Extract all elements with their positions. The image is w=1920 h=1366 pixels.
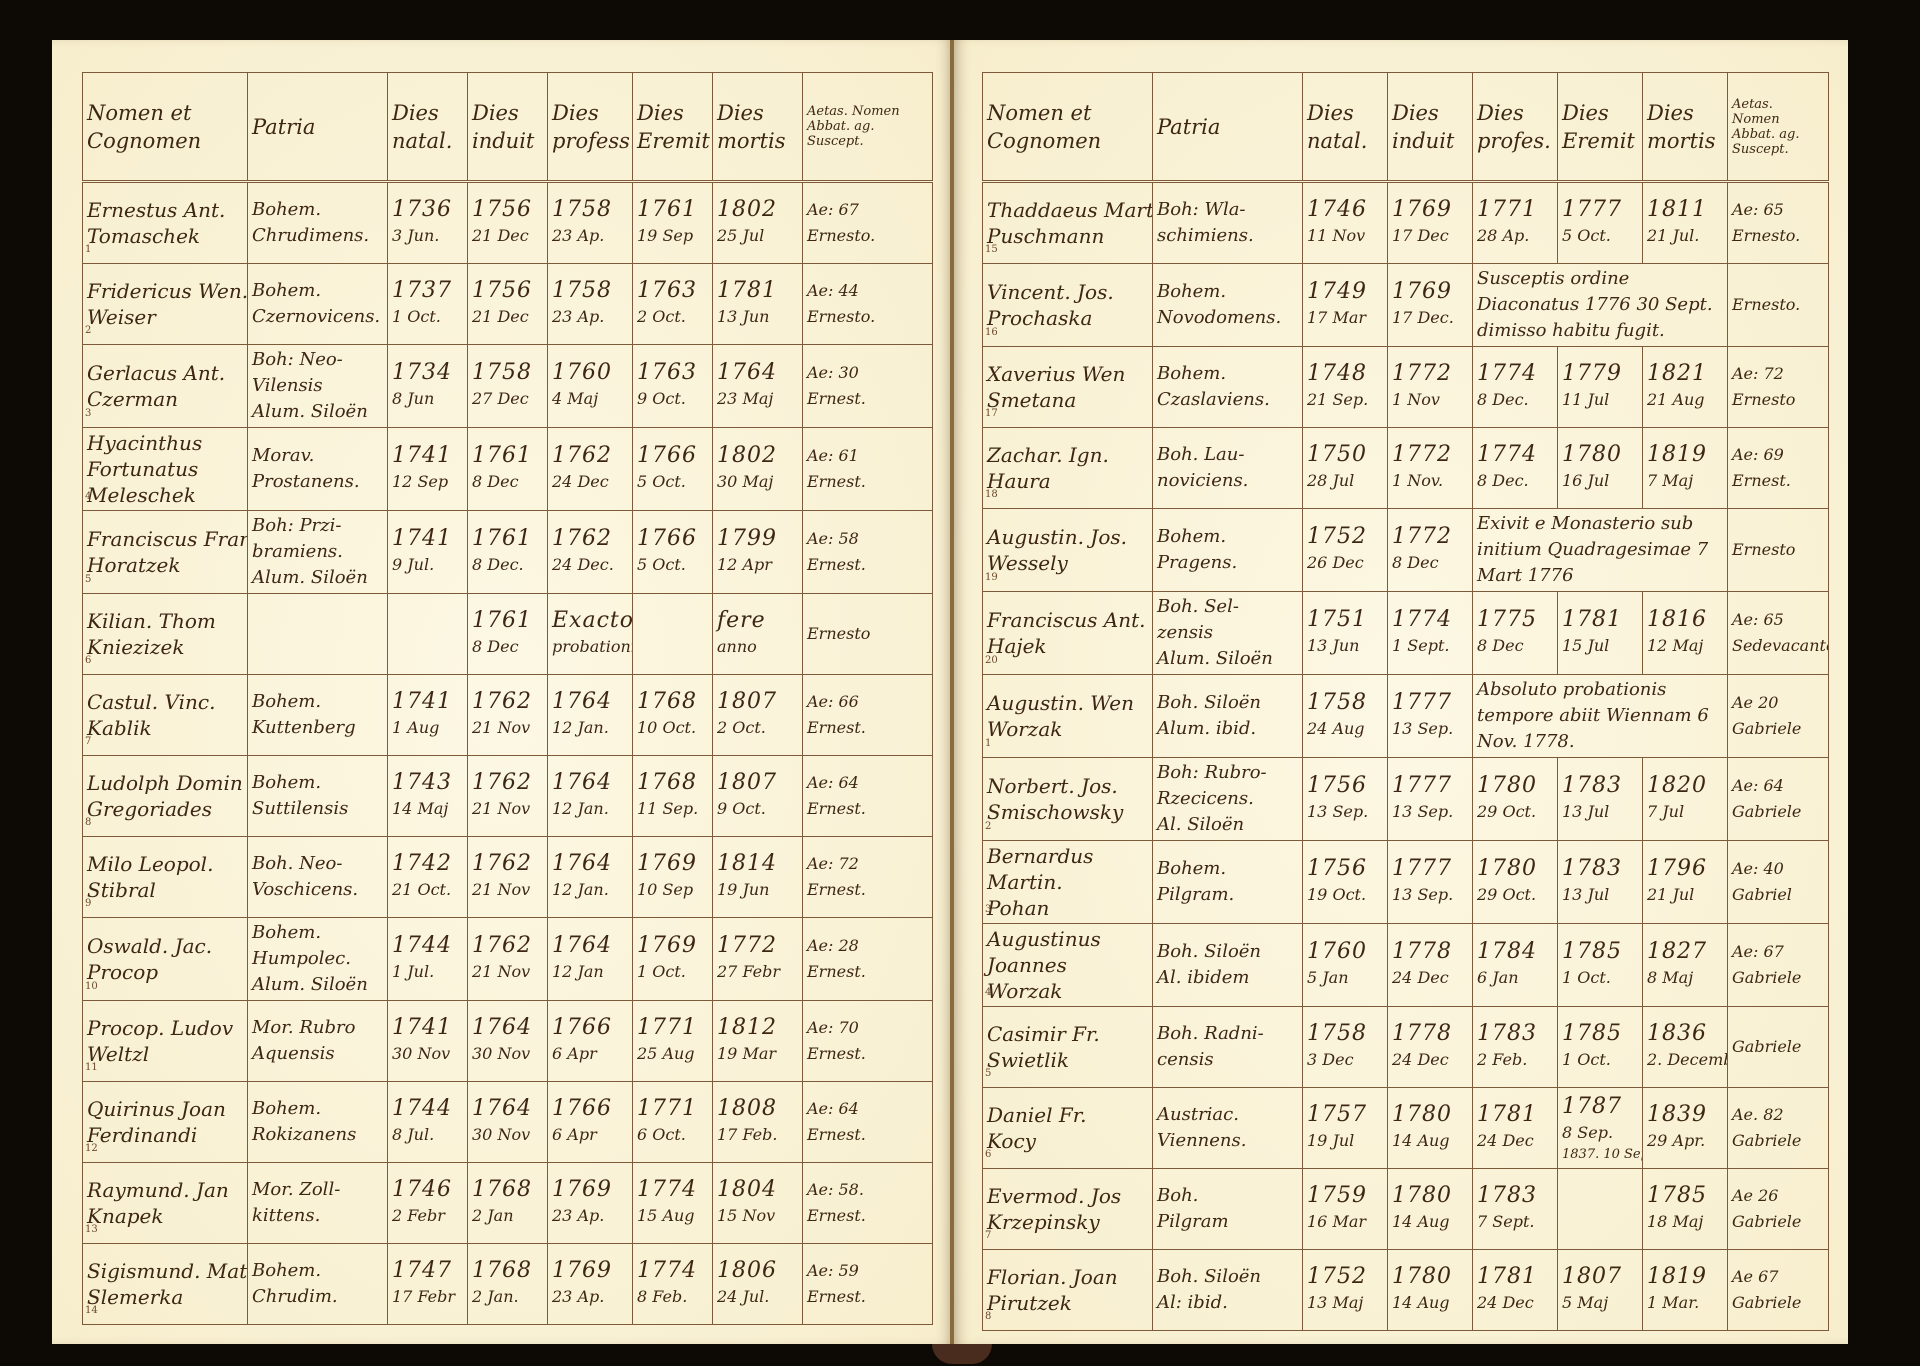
patria-line-1: Morav. xyxy=(252,443,383,469)
eremit-year: 1807 xyxy=(1562,1264,1638,1290)
eremit-date: 13 Jul xyxy=(1562,882,1638,908)
open-register-book: Nomen et Cognomen Patria Dies natal. Die… xyxy=(52,40,1848,1344)
induit-date: 2 Jan xyxy=(472,1203,543,1229)
eremit-cell: 18075 Maj xyxy=(1558,1250,1643,1331)
patria-cell: Bohem. Rokizanens xyxy=(248,1082,388,1163)
patria-line-1: Boh. Lau- xyxy=(1157,442,1298,468)
patria-line-2: censis xyxy=(1157,1047,1298,1073)
eremit-cell: 17691 Oct. xyxy=(633,918,713,1001)
eremit-cell: 176910 Sep xyxy=(633,837,713,918)
eremit-cell: 17716 Oct. xyxy=(633,1082,713,1163)
induit-cell: 17728 Dec xyxy=(1388,509,1473,592)
natal-date: 24 Aug xyxy=(1307,716,1383,742)
mortis-cell: 176423 Maj xyxy=(713,345,803,428)
profess-year: 1762 xyxy=(552,443,628,469)
surname: Horatzek xyxy=(87,552,243,578)
patria-line-1: Bohem. xyxy=(1157,279,1298,305)
aetas-cell: Ae: 28Ernest. xyxy=(803,918,933,1001)
induit-year: 1758 xyxy=(472,360,543,386)
abbot-name: Gabriele xyxy=(1732,1209,1824,1235)
induit-cell: 177713 Sep. xyxy=(1388,758,1473,841)
name-cell: Ernestus Ant. Tomaschek 1 xyxy=(83,182,248,264)
induit-cell: 17741 Sept. xyxy=(1388,592,1473,675)
natal-date: 3 Dec xyxy=(1307,1047,1383,1073)
induit-date: 1 Nov xyxy=(1392,387,1468,413)
header-mortis: Dies mortis xyxy=(713,73,803,182)
induit-year: 1762 xyxy=(472,770,543,796)
natal-date: 17 Febr xyxy=(392,1284,463,1310)
patria-cell: Boh. Siloën Al: ibid. xyxy=(1153,1250,1303,1331)
table-row: Vincent. Jos. Prochaska 16 Bohem. Novodo… xyxy=(983,264,1829,347)
patria-cell: Bohem. Humpolec. Alum. Siloën xyxy=(248,918,388,1001)
induit-year: 1769 xyxy=(1392,197,1468,223)
given-name: Zachar. Ign. xyxy=(987,442,1148,468)
given-name: Daniel Fr. xyxy=(987,1102,1148,1128)
eremit-year: 1771 xyxy=(637,1096,708,1122)
patria-cell: Boh. Neo- Voschicens. xyxy=(248,837,388,918)
eremit-date: 19 Sep xyxy=(637,223,708,249)
mortis-cell: 180624 Jul. xyxy=(713,1244,803,1325)
given-name: Norbert. Jos. xyxy=(987,773,1148,799)
mortis-cell: 179621 Jul xyxy=(1643,841,1728,924)
natal-year: 1757 xyxy=(1307,1102,1383,1128)
given-name: Hyacinthus xyxy=(87,430,243,456)
natal-cell: 17419 Jul. xyxy=(388,511,468,594)
natal-year: 1741 xyxy=(392,443,463,469)
surname: Puschmann xyxy=(987,223,1148,249)
table-row: Thaddaeus Mart Puschmann 15 Boh: Wla- sc… xyxy=(983,182,1829,264)
eremit-cell: 178313 Jul xyxy=(1558,841,1643,924)
annotation-note: Absoluto probationis tempore abiit Wienn… xyxy=(1473,675,1728,758)
table-row: Augustinus Joannes Worzak 4 Boh. Siloën … xyxy=(983,924,1829,1007)
mortis-year: 1812 xyxy=(717,1015,798,1041)
natal-year: 1746 xyxy=(1307,197,1383,223)
mortis-cell: 18278 Maj xyxy=(1643,924,1728,1007)
induit-cell: 175621 Dec xyxy=(468,182,548,264)
induit-year: 1761 xyxy=(472,443,543,469)
induit-year: 1764 xyxy=(472,1096,543,1122)
given-name: Milo Leopol. xyxy=(87,851,243,877)
name-cell: Augustinus Joannes Worzak 4 xyxy=(983,924,1153,1007)
profess-date: 28 Ap. xyxy=(1477,223,1553,249)
natal-year: 1747 xyxy=(392,1258,463,1284)
name-cell: Daniel Fr. Kocy 6 xyxy=(983,1088,1153,1169)
mortis-cell: 18191 Mar. xyxy=(1643,1250,1728,1331)
row-number: 8 xyxy=(985,1304,991,1330)
given-name: Raymund. Jan xyxy=(87,1177,243,1203)
header-induit: Dies induit xyxy=(468,73,548,182)
profess-date: 6 Jan xyxy=(1477,965,1553,991)
natal-date: 13 Jun xyxy=(1307,633,1383,659)
table-row: Augustin. Wen Worzak 1 Boh. Siloën Alum.… xyxy=(983,675,1829,758)
natal-date: 8 Jul. xyxy=(392,1122,463,1148)
header-aetas: Aetas. Nomen Abbat. ag. Suscept. xyxy=(803,73,933,182)
patria-line-2: Voschicens. xyxy=(252,877,383,903)
patria-cell xyxy=(248,594,388,675)
profess-year: 1764 xyxy=(552,851,628,877)
aetas-cell: Ernesto xyxy=(803,594,933,675)
abbot-name: Ernesto. xyxy=(1732,223,1824,249)
eremit-year: 1768 xyxy=(637,770,708,796)
induit-date: 8 Dec xyxy=(1392,550,1468,576)
natal-date: 19 Jul xyxy=(1307,1128,1383,1154)
profess-cell: 178029 Oct. xyxy=(1473,841,1558,924)
patria-line-2: Alum. ibid. xyxy=(1157,716,1298,742)
patria-line-1: Boh. xyxy=(1157,1183,1298,1209)
row-number: 20 xyxy=(985,648,998,674)
natal-cell: 174717 Febr xyxy=(388,1244,468,1325)
table-row: Ludolph Domin Gregoriades 8 Bohem. Sutti… xyxy=(83,756,933,837)
surname: Ferdinandi xyxy=(87,1122,243,1148)
profess-date: 12 Jan. xyxy=(552,877,628,903)
profess-cell: Exacto medioprobationis dimissus. xyxy=(548,594,633,675)
name-cell: Evermod. Jos Krzepinsky 7 xyxy=(983,1169,1153,1250)
name-cell: Florian. Joan Pirutzek 8 xyxy=(983,1250,1153,1331)
row-number: 17 xyxy=(985,401,998,427)
patria-cell: Bohem. Pragens. xyxy=(1153,509,1303,592)
natal-cell: 174112 Sep xyxy=(388,428,468,511)
induit-cell: 175827 Dec xyxy=(468,345,548,428)
given-name: Casimir Fr. xyxy=(987,1021,1148,1047)
table-row: Quirinus Joan Ferdinandi 12 Bohem. Rokiz… xyxy=(83,1082,933,1163)
table-row: Evermod. Jos Krzepinsky 7 Boh. Pilgram 1… xyxy=(983,1169,1829,1250)
natal-cell: 17363 Jun. xyxy=(388,182,468,264)
abbot-name: Ernest. xyxy=(807,386,928,412)
induit-cell: 17618 Dec. xyxy=(468,511,548,594)
induit-cell: 176917 Dec. xyxy=(1388,264,1473,347)
age-at-death: Ae. 82 xyxy=(1732,1102,1824,1128)
induit-cell: 177713 Sep. xyxy=(1388,841,1473,924)
row-number: 3 xyxy=(985,897,991,923)
natal-cell: 17348 Jun xyxy=(388,345,468,428)
name-cell: Milo Leopol. Stibral 9 xyxy=(83,837,248,918)
profess-year: 1758 xyxy=(552,278,628,304)
eremit-cell: 178016 Jul xyxy=(1558,428,1643,509)
eremit-cell: 177911 Jul xyxy=(1558,347,1643,428)
profess-cell: 17604 Maj xyxy=(548,345,633,428)
given-name: Procop. Ludov xyxy=(87,1015,243,1041)
patria-line-2: Viennens. xyxy=(1157,1128,1298,1154)
abbot-name: Ernest. xyxy=(807,715,928,741)
patria-line-2: Kuttenberg xyxy=(252,715,383,741)
patria-line-2: Prostanens. xyxy=(252,469,383,495)
surname: Smischowsky xyxy=(987,799,1148,825)
row-number: 2 xyxy=(85,318,91,344)
row-number: 12 xyxy=(85,1136,98,1162)
patria-line-1: Bohem. xyxy=(1157,856,1298,882)
age-at-death: Ae: 64 xyxy=(807,770,928,796)
header-row: Nomen et Cognomen Patria Dies natal. Die… xyxy=(83,73,933,182)
patria-line-1: Bohem. xyxy=(252,920,383,946)
mortis-date: 21 Jul. xyxy=(1647,223,1723,249)
natal-year: 1734 xyxy=(392,360,463,386)
profess-date: 23 Ap. xyxy=(552,223,628,249)
profess-cell: 176224 Dec. xyxy=(548,511,633,594)
induit-cell: 17682 Jan. xyxy=(468,1244,548,1325)
name-extra: Meleschek xyxy=(87,482,243,508)
mortis-year: 1811 xyxy=(1647,197,1723,223)
age-at-death: Ae 67 xyxy=(1732,1264,1824,1290)
profess-cell: 176412 Jan xyxy=(548,918,633,1001)
header-profess: Dies profess. xyxy=(548,73,633,182)
natal-cell: 174611 Nov xyxy=(1303,182,1388,264)
eremit-year: 1785 xyxy=(1562,1021,1638,1047)
eremit-year: 1774 xyxy=(637,1258,708,1284)
eremit-date: 13 Jul xyxy=(1562,799,1638,825)
given-name: Augustin. Wen xyxy=(987,690,1148,716)
eremit-year: 1769 xyxy=(637,851,708,877)
mortis-date: 21 Jul xyxy=(1647,882,1723,908)
induit-cell: 177824 Dec xyxy=(1388,1007,1473,1088)
induit-date: 24 Dec xyxy=(1392,1047,1468,1073)
patria-line-2: Al: ibid. xyxy=(1157,1290,1298,1316)
name-cell: Bernardus Martin. Pohan 3 xyxy=(983,841,1153,924)
eremit-date: 15 Aug xyxy=(637,1203,708,1229)
natal-cell: 17411 Aug xyxy=(388,675,468,756)
induit-date: 21 Nov xyxy=(472,959,543,985)
patria-line-2: Pragens. xyxy=(1157,550,1298,576)
profess-cell: 175823 Ap. xyxy=(548,182,633,264)
natal-year: 1752 xyxy=(1307,524,1383,550)
aetas-cell: Ernesto xyxy=(1728,509,1829,592)
induit-cell: 176430 Nov xyxy=(468,1082,548,1163)
aetas-cell: Ae: 59Ernest. xyxy=(803,1244,933,1325)
aetas-cell: Ernesto. xyxy=(1728,264,1829,347)
induit-year: 1780 xyxy=(1392,1264,1468,1290)
patria-cell: Mor. Rubro Aquensis xyxy=(248,1001,388,1082)
profess-cell: 178124 Dec xyxy=(1473,1088,1558,1169)
eremit-cell xyxy=(1558,1169,1643,1250)
eremit-date: 16 Jul xyxy=(1562,468,1638,494)
aetas-cell: Ae: 67Gabriele xyxy=(1728,924,1829,1007)
profess-year: 1775 xyxy=(1477,607,1553,633)
age-at-death: Ae: 58 xyxy=(807,526,928,552)
profess-cell: 176923 Ap. xyxy=(548,1244,633,1325)
induit-date: 13 Sep. xyxy=(1392,882,1468,908)
header-patria: Patria xyxy=(248,73,388,182)
patria-line-1: Bohem. xyxy=(252,1096,383,1122)
header-nomen: Nomen et Cognomen xyxy=(983,73,1153,182)
mortis-date: 7 Jul xyxy=(1647,799,1723,825)
table-row: Franciscus Franc. Horatzek 5 Boh: Przi- … xyxy=(83,511,933,594)
induit-cell: 176221 Nov xyxy=(468,675,548,756)
induit-date: 30 Nov xyxy=(472,1041,543,1067)
header-nomen: Nomen et Cognomen xyxy=(83,73,248,182)
given-name: Oswald. Jac. xyxy=(87,933,243,959)
natal-date: 12 Sep xyxy=(392,469,463,495)
profess-cell: 176923 Ap. xyxy=(548,1163,633,1244)
abbot-name: Ernesto. xyxy=(807,223,928,249)
age-at-death: Ae: 64 xyxy=(1732,773,1824,799)
natal-year: 1749 xyxy=(1307,279,1383,305)
mortis-year: 1816 xyxy=(1647,607,1723,633)
eremit-year: 1766 xyxy=(637,526,708,552)
aetas-cell: Ae: 64Ernest. xyxy=(803,756,933,837)
mortis-year: 1796 xyxy=(1647,856,1723,882)
mortis-date: 19 Jun xyxy=(717,877,798,903)
profess-cell: 177128 Ap. xyxy=(1473,182,1558,264)
mortis-date: anno xyxy=(717,634,798,660)
natal-cell: 175613 Sep. xyxy=(1303,758,1388,841)
profess-year: 1760 xyxy=(552,360,628,386)
natal-cell: 17462 Febr xyxy=(388,1163,468,1244)
profess-date: 29 Oct. xyxy=(1477,882,1553,908)
given-name: Augustin. Jos. xyxy=(987,524,1148,550)
surname: Kablik xyxy=(87,715,243,741)
surname: Wessely xyxy=(987,550,1148,576)
profess-cell: 17748 Dec. xyxy=(1473,428,1558,509)
name-cell: Gerlacus Ant. Czerman 3 xyxy=(83,345,248,428)
patria-line-1: Mor. Zoll- xyxy=(252,1177,383,1203)
mortis-cell: fereanno xyxy=(713,594,803,675)
eremit-cell: 17665 Oct. xyxy=(633,428,713,511)
induit-year: 1777 xyxy=(1392,856,1468,882)
eremit-cell: 17632 Oct. xyxy=(633,264,713,345)
natal-year: 1737 xyxy=(392,278,463,304)
eremit-year: 1780 xyxy=(1562,442,1638,468)
name-cell: Ludolph Domin Gregoriades 8 xyxy=(83,756,248,837)
induit-date: 8 Dec. xyxy=(472,552,543,578)
patria-cell: Bohem. Czernovicens. xyxy=(248,264,388,345)
aetas-cell: Ae: 64Ernest. xyxy=(803,1082,933,1163)
mortis-date: 2 Oct. xyxy=(717,715,798,741)
table-row: Florian. Joan Pirutzek 8 Boh. Siloën Al:… xyxy=(983,1250,1829,1331)
induit-date: 1 Sept. xyxy=(1392,633,1468,659)
mortis-year: 1820 xyxy=(1647,773,1723,799)
surname: Hajek xyxy=(987,633,1148,659)
patria-cell: Boh: Rubro- Rzecicens. Al. Siloën xyxy=(1153,758,1303,841)
left-page: Nomen et Cognomen Patria Dies natal. Die… xyxy=(52,40,952,1344)
patria-line-1: Bohem. xyxy=(252,278,383,304)
mortis-cell: 18072 Oct. xyxy=(713,675,803,756)
natal-cell xyxy=(388,594,468,675)
natal-year: 1743 xyxy=(392,770,463,796)
induit-date: 13 Sep. xyxy=(1392,716,1468,742)
eremit-year: 1783 xyxy=(1562,856,1638,882)
patria-cell: Bohem. Novodomens. xyxy=(1153,264,1303,347)
eremit-cell: 17851 Oct. xyxy=(1558,1007,1643,1088)
natal-year: 1741 xyxy=(392,526,463,552)
age-at-death: Ae: 58. xyxy=(807,1177,928,1203)
patria-line-1: Boh: Przi- xyxy=(252,513,383,539)
table-row: Franciscus Ant. Hajek 20 Boh. Sel- zensi… xyxy=(983,592,1829,675)
induit-cell: 17721 Nov. xyxy=(1388,428,1473,509)
aetas-cell: Ae: 72Ernest. xyxy=(803,837,933,918)
row-number: 1 xyxy=(985,731,991,757)
patria-line-3: Al. Siloën xyxy=(1157,812,1298,838)
profess-year: 1783 xyxy=(1477,1021,1553,1047)
natal-cell: 17448 Jul. xyxy=(388,1082,468,1163)
mortis-year: 1819 xyxy=(1647,1264,1723,1290)
abbot-name: Ernest. xyxy=(807,1041,928,1067)
natal-year: 1751 xyxy=(1307,607,1383,633)
natal-cell: 174221 Oct. xyxy=(388,837,468,918)
natal-cell: 174821 Sep. xyxy=(1303,347,1388,428)
aetas-cell: Ae: 30Ernest. xyxy=(803,345,933,428)
natal-cell: 17605 Jan xyxy=(1303,924,1388,1007)
profess-year: 1758 xyxy=(552,197,628,223)
abbot-name: Gabriele xyxy=(1732,799,1824,825)
natal-date: 14 Maj xyxy=(392,796,463,822)
profess-date: 23 Ap. xyxy=(552,1203,628,1229)
table-row: Ernestus Ant. Tomaschek 1 Bohem. Chrudim… xyxy=(83,182,933,264)
aetas-cell: Ae: 67Ernesto. xyxy=(803,182,933,264)
induit-year: 1777 xyxy=(1392,690,1468,716)
mortis-cell: 178113 Jun xyxy=(713,264,803,345)
mortis-year: 1802 xyxy=(717,443,798,469)
induit-cell: 17682 Jan xyxy=(468,1163,548,1244)
table-row: Sigismund. Math Slemerka 14 Bohem. Chrud… xyxy=(83,1244,933,1325)
induit-year: 1777 xyxy=(1392,773,1468,799)
induit-date: 2 Jan. xyxy=(472,1284,543,1310)
table-row: Raymund. Jan Knapek 13 Mor. Zoll- kitten… xyxy=(83,1163,933,1244)
induit-cell: 178014 Aug xyxy=(1388,1250,1473,1331)
profess-year: 1774 xyxy=(1477,442,1553,468)
patria-line-1: Bohem. xyxy=(1157,361,1298,387)
given-name: Ludolph Domin xyxy=(87,770,243,796)
mortis-year: fere xyxy=(717,608,798,634)
name-cell: Oswald. Jac. Procop 10 xyxy=(83,918,248,1001)
aetas-cell: Ae 20Gabriele xyxy=(1728,675,1829,758)
eremit-cell: 17878 Sep.1837. 10 Sept. xyxy=(1558,1088,1643,1169)
abbot-name: Ernesto xyxy=(807,621,928,647)
row-number: 4 xyxy=(985,980,991,1006)
abbot-name: Ernest. xyxy=(807,959,928,985)
natal-cell: 175824 Aug xyxy=(1303,675,1388,758)
mortis-cell: 181121 Jul. xyxy=(1643,182,1728,264)
given-name: Ernestus Ant. xyxy=(87,197,243,223)
eremit-note: 1837. 10 Sept. xyxy=(1562,1146,1638,1163)
induit-cell: 176221 Nov xyxy=(468,756,548,837)
profess-cell: 178029 Oct. xyxy=(1473,758,1558,841)
induit-year: 1778 xyxy=(1392,1021,1468,1047)
natal-cell: 17441 Jul. xyxy=(388,918,468,1001)
profess-date: 7 Sept. xyxy=(1477,1209,1553,1235)
mortis-date: 24 Jul. xyxy=(717,1284,798,1310)
patria-cell: Boh. Siloën Alum. ibid. xyxy=(1153,675,1303,758)
row-number: 5 xyxy=(85,567,91,593)
patria-line-2: bramiens. xyxy=(252,539,383,565)
given-name: Evermod. Jos xyxy=(987,1183,1148,1209)
row-number: 14 xyxy=(85,1298,98,1324)
surname: Weiser xyxy=(87,304,243,330)
mortis-year: 1807 xyxy=(717,689,798,715)
eremit-date: 6 Oct. xyxy=(637,1122,708,1148)
given-name: Thaddaeus Mart xyxy=(987,197,1148,223)
eremit-date: 5 Oct. xyxy=(1562,223,1638,249)
mortis-cell: 181219 Mar xyxy=(713,1001,803,1082)
profess-date: 24 Dec. xyxy=(552,552,628,578)
patria-cell: Boh. Pilgram xyxy=(1153,1169,1303,1250)
mortis-date: 19 Mar xyxy=(717,1041,798,1067)
name-cell: Castul. Vinc. Kablik 7 xyxy=(83,675,248,756)
mortis-date: 29 Apr. xyxy=(1647,1128,1723,1154)
abbot-name: Ernest. xyxy=(807,469,928,495)
surname: Knapek xyxy=(87,1203,243,1229)
name-cell: Norbert. Jos. Smischowsky 2 xyxy=(983,758,1153,841)
patria-line-2: Humpolec. xyxy=(252,946,383,972)
eremit-date: 11 Jul xyxy=(1562,387,1638,413)
header-induit: Dies induit xyxy=(1388,73,1473,182)
patria-line-2: schimiens. xyxy=(1157,223,1298,249)
induit-cell: 177824 Dec xyxy=(1388,924,1473,1007)
patria-cell: Austriac. Viennens. xyxy=(1153,1088,1303,1169)
age-at-death: Ae: 66 xyxy=(807,689,928,715)
profess-year: 1764 xyxy=(552,689,628,715)
aetas-cell: Ae: 69Ernest. xyxy=(1728,428,1829,509)
induit-year: 1761 xyxy=(472,608,543,634)
patria-cell: Boh. Lau- noviciens. xyxy=(1153,428,1303,509)
